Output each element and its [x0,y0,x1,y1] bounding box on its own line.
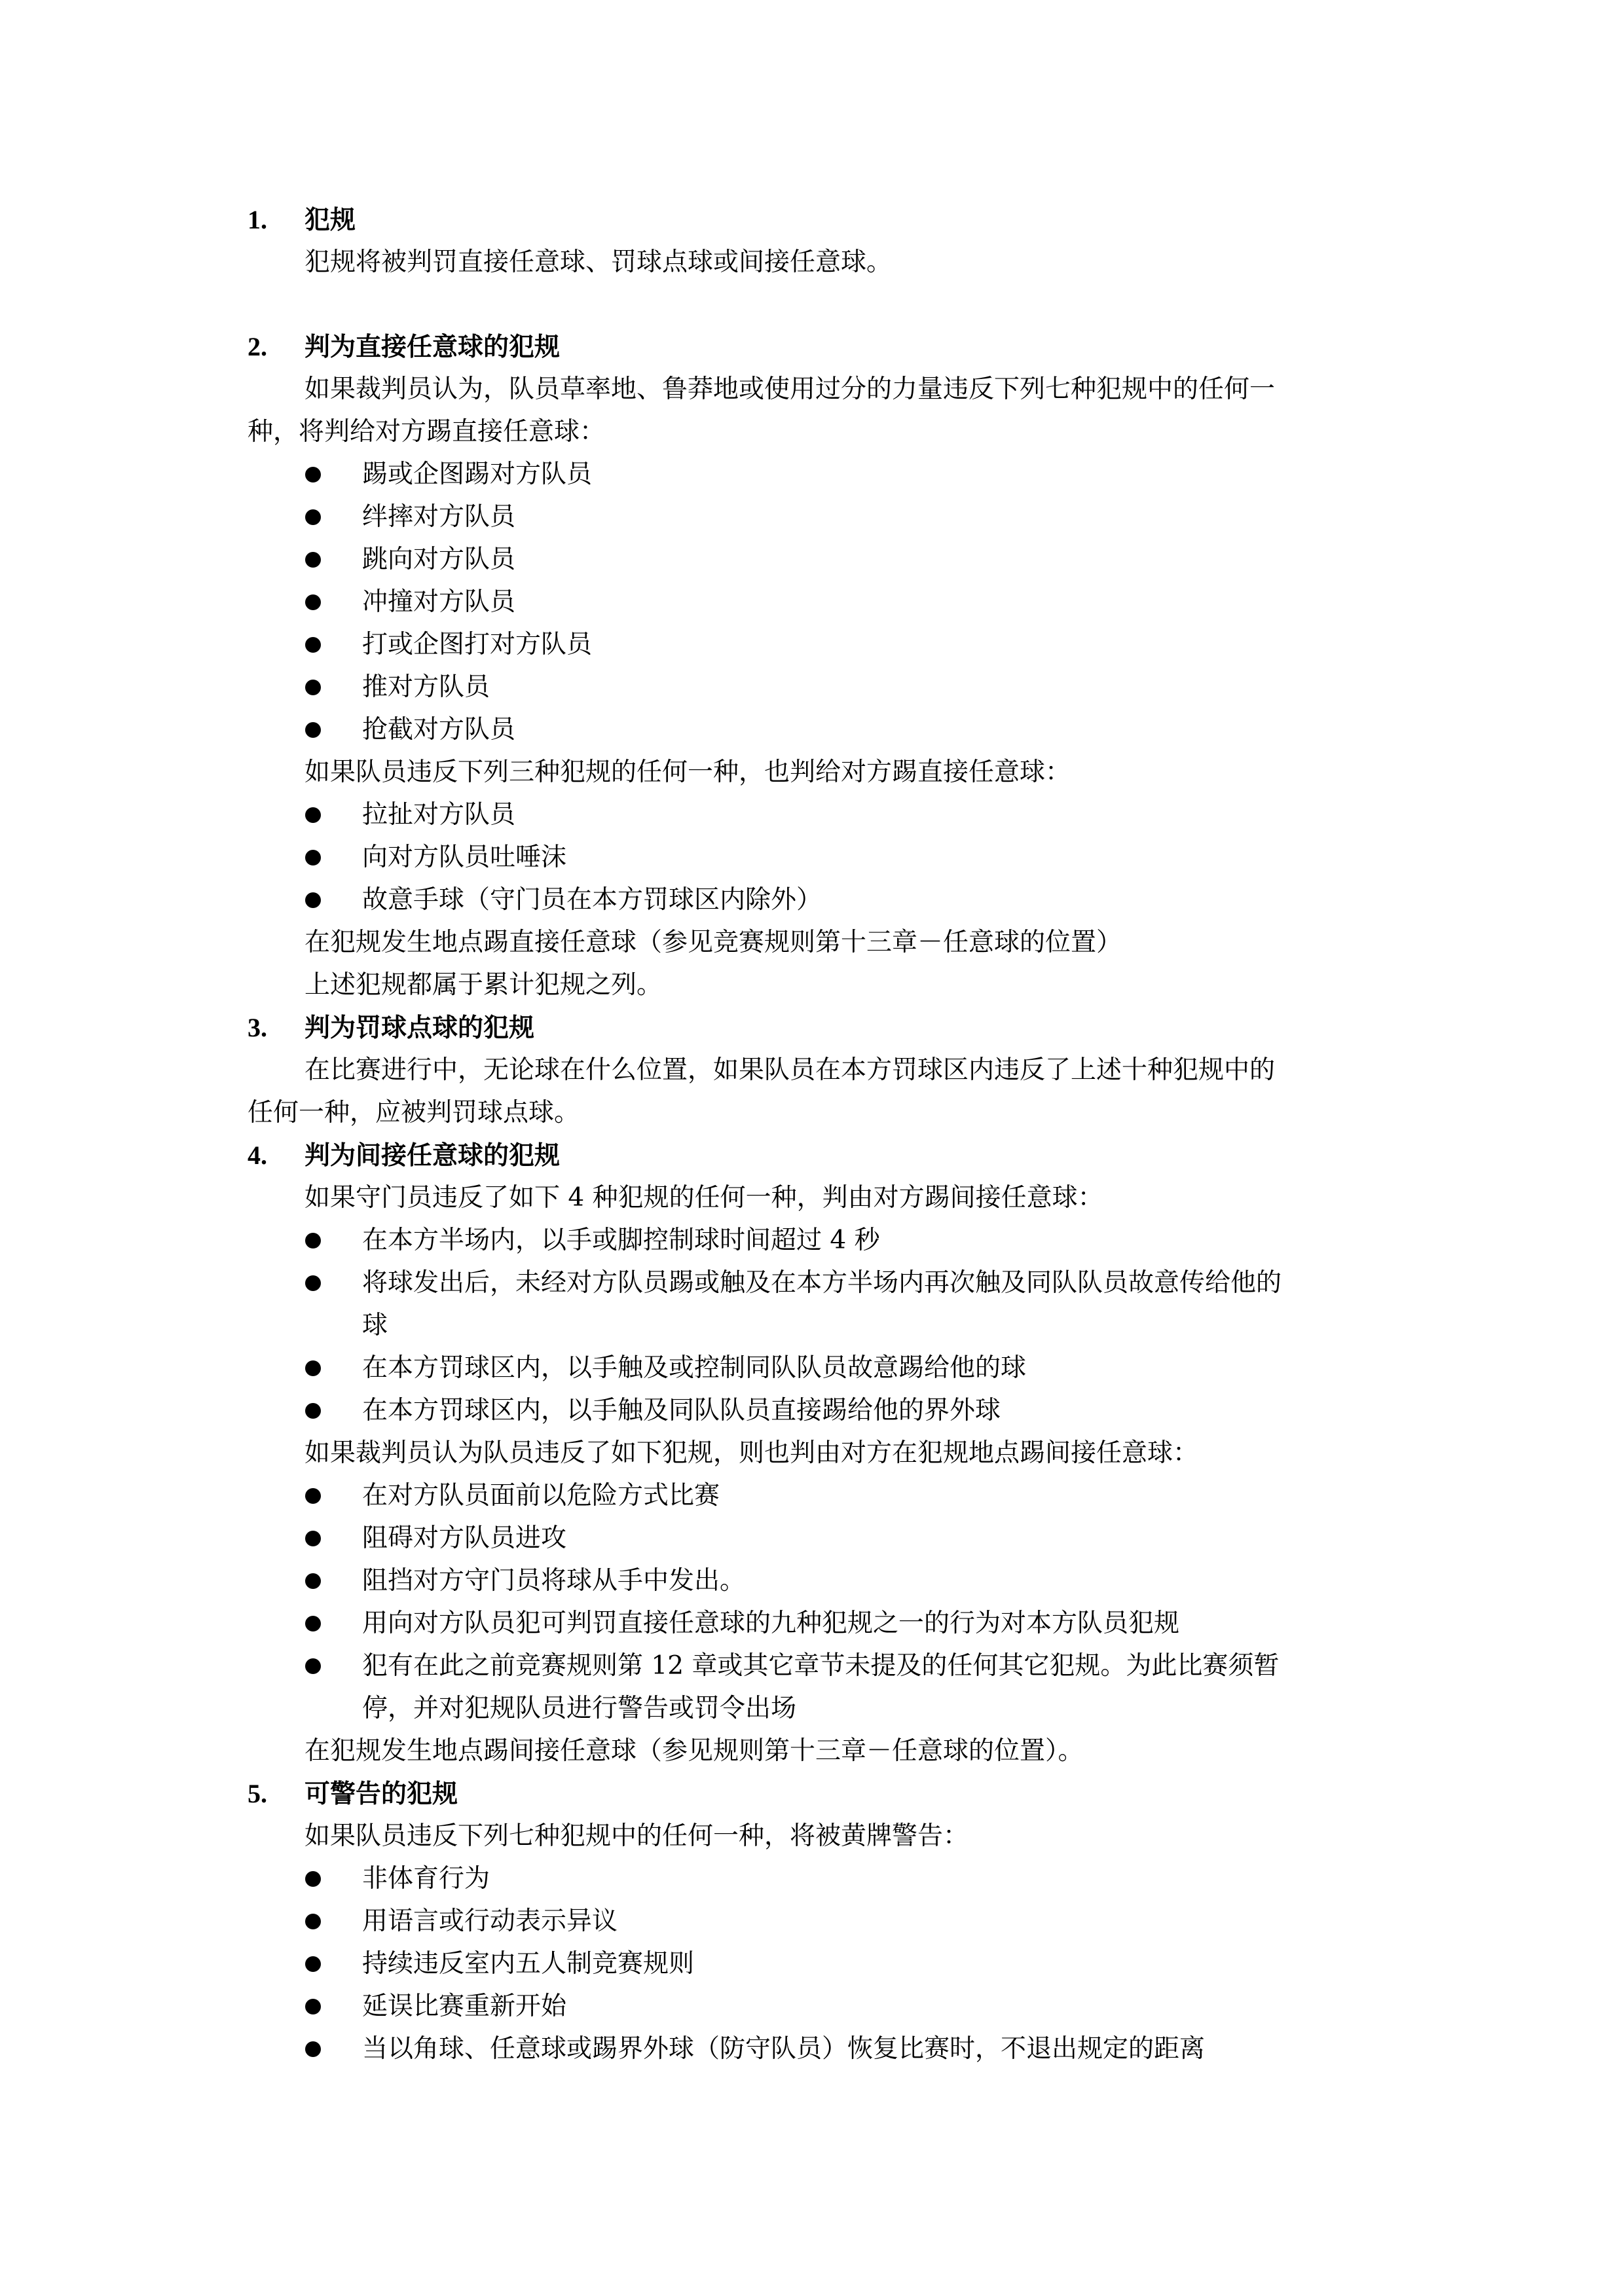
list-item: 踢或企图踢对方队员 [362,459,592,490]
list-item: 将球发出后，未经对方队员踢或触及在本方半场内再次触及同队队员故意传给他的 [362,1267,1282,1299]
bullet-icon [305,552,321,568]
list-item: 在本方半场内，以手或脚控制球时间超过 4 秒 [362,1225,880,1256]
list-item-continuation: 球 [362,1310,388,1341]
list-item: 冲撞对方队员 [362,587,515,618]
section-1-title: 犯规 [304,204,356,236]
section-4-number: 4. [248,1140,267,1171]
bullet-icon [305,594,321,610]
document-page: 1. 犯规 犯规将被判罚直接任意球、罚球点球或间接任意球。 2. 判为直接任意球… [0,0,1624,2296]
section-1-text: 犯规将被判罚直接任意球、罚球点球或间接任意球。 [304,247,892,278]
list-item: 绊摔对方队员 [362,501,515,533]
list-item: 阻碍对方队员进攻 [362,1523,566,1554]
bullet-icon [305,722,321,738]
section-4-title: 判为间接任意球的犯规 [304,1140,560,1171]
bullet-icon [305,467,321,483]
section-2-mid: 如果队员违反下列三种犯规的任何一种，也判给对方踢直接任意球： [304,757,1071,788]
bullet-icon [305,680,321,695]
list-item: 拉扯对方队员 [362,799,515,831]
section-5-intro: 如果队员违反下列七种犯规中的任何一种，将被黄牌警告： [304,1821,969,1852]
bullet-icon [305,1275,321,1291]
list-item: 在本方罚球区内，以手触及或控制同队队员故意踢给他的球 [362,1353,1026,1384]
list-item: 故意手球（守门员在本方罚球区内除外） [362,884,822,916]
bullet-icon [305,1531,321,1546]
list-item: 在本方罚球区内，以手触及同队队员直接踢给他的界外球 [362,1395,1001,1427]
section-4-intro: 如果守门员违反了如下 4 种犯规的任何一种，判由对方踢间接任意球： [304,1182,1103,1214]
list-item: 抢截对方队员 [362,714,515,746]
bullet-icon [305,1914,321,1929]
bullet-icon [305,509,321,525]
bullet-icon [305,2041,321,2057]
section-3-title: 判为罚球点球的犯规 [304,1012,534,1044]
bullet-icon [305,850,321,866]
bullet-icon [305,1999,321,2014]
bullet-icon [305,1360,321,1376]
section-4-outro: 在犯规发生地点踢间接任意球（参见规则第十三章－任意球的位置）。 [304,1736,1084,1767]
list-item: 持续违反室内五人制竞赛规则 [362,1948,694,1980]
section-5-title: 可警告的犯规 [304,1778,458,1810]
section-3-text-line-1: 在比赛进行中，无论球在什么位置，如果队员在本方罚球区内违反了上述十种犯规中的 [304,1055,1275,1086]
bullet-icon [305,1233,321,1248]
list-item: 用语言或行动表示异议 [362,1906,618,1937]
list-item: 犯有在此之前竞赛规则第 12 章或其它章节未提及的任何其它犯规。为此比赛须暂 [362,1650,1279,1682]
section-1-number: 1. [248,204,267,236]
bullet-icon [305,1956,321,1972]
section-3-number: 3. [248,1012,267,1044]
bullet-icon [305,637,321,653]
bullet-icon [305,892,321,908]
list-item: 非体育行为 [362,1863,490,1895]
list-item-continuation: 停，并对犯规队员进行警告或罚令出场 [362,1693,796,1724]
list-item: 推对方队员 [362,672,490,703]
bullet-icon [305,1871,321,1887]
list-item: 阻挡对方守门员将球从手中发出。 [362,1565,745,1597]
bullet-icon [305,1658,321,1674]
section-5-number: 5. [248,1778,267,1810]
section-2-intro-line-1: 如果裁判员认为，队员草率地、鲁莽地或使用过分的力量违反下列七种犯规中的任何一 [304,374,1275,405]
list-item: 跳向对方队员 [362,544,515,575]
section-2-outro-line-2: 上述犯规都属于累计犯规之列。 [304,970,662,1001]
bullet-icon [305,1488,321,1504]
section-2-title: 判为直接任意球的犯规 [304,331,560,363]
section-2-number: 2. [248,331,267,363]
section-3-text-line-2: 任何一种，应被判罚球点球。 [248,1097,580,1129]
bullet-icon [305,1616,321,1631]
section-4-mid: 如果裁判员认为队员违反了如下犯规，则也判由对方在犯规地点踢间接任意球： [304,1438,1198,1469]
list-item: 在对方队员面前以危险方式比赛 [362,1480,720,1512]
list-item: 向对方队员吐唾沫 [362,842,566,873]
list-item: 打或企图打对方队员 [362,629,592,661]
section-2-outro-line-1: 在犯规发生地点踢直接任意球（参见竞赛规则第十三章－任意球的位置） [304,927,1122,958]
bullet-icon [305,1573,321,1589]
list-item: 用向对方队员犯可判罚直接任意球的九种犯规之一的行为对本方队员犯规 [362,1608,1179,1639]
section-2-intro-line-2: 种，将判给对方踢直接任意球： [248,416,605,448]
bullet-icon [305,1403,321,1419]
bullet-icon [305,807,321,823]
list-item: 延误比赛重新开始 [362,1991,566,2022]
list-item: 当以角球、任意球或踢界外球（防守队员）恢复比赛时，不退出规定的距离 [362,2033,1205,2065]
